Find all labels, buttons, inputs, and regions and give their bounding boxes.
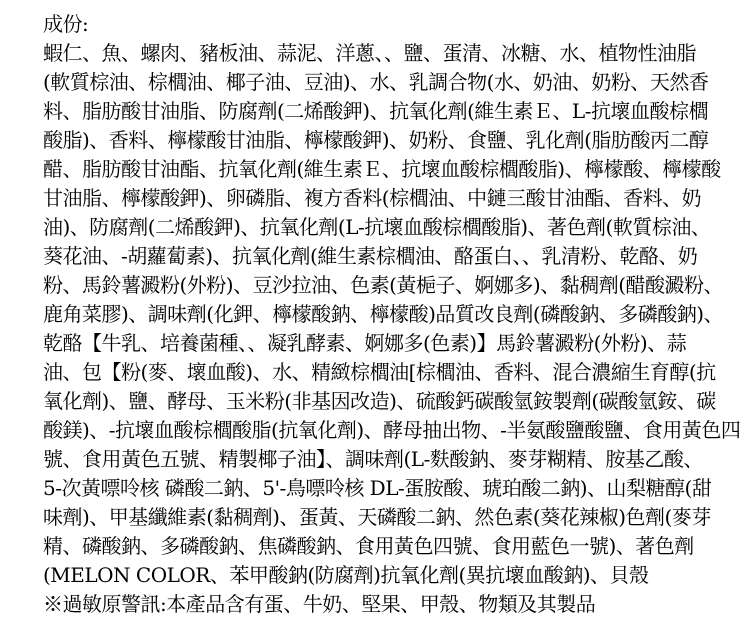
ingredients-line: (MELON COLOR、苯甲酸鈉(防腐劑)抗氧化劑(異抗壞血酸鈉)、貝殼 xyxy=(43,561,743,590)
ingredients-line: (軟質棕油、棕櫚油、椰子油、豆油)、水、乳調合物(水、奶油、奶粉、天然香 xyxy=(43,68,743,97)
ingredients-line: 味劑)、甲基纖維素(黏稠劑)、蛋黃、天磷酸二鈉、然色素(葵花辣椒)色劑(麥芽 xyxy=(43,503,743,532)
ingredients-line: 精、磷酸鈉、多磷酸鈉、焦磷酸鈉、食用黃色四號、食用藍色一號)、著色劑 xyxy=(43,532,743,561)
ingredients-line: 油)、防腐劑(二烯酸鉀)、抗氧化劑(L-抗壞血酸棕櫚酸脂)、著色劑(軟質棕油、 xyxy=(43,213,743,242)
allergen-warning: ※過敏原警訊:本產品含有蛋、牛奶、堅果、甲殼、物類及其製品 xyxy=(43,590,743,619)
ingredients-line: 蝦仁、魚、螺肉、豬板油、蒜泥、洋蔥、、鹽、蛋清、冰糖、水、植物性油脂 xyxy=(43,39,743,68)
ingredients-document: 成份: 蝦仁、魚、螺肉、豬板油、蒜泥、洋蔥、、鹽、蛋清、冰糖、水、植物性油脂 (… xyxy=(43,10,743,619)
ingredients-line: 乾酪【牛乳、培養菌種、、凝乳酵素、婀娜多(色素)】馬鈴薯澱粉(外粉)、蒜 xyxy=(43,329,743,358)
ingredients-line: 油、包【粉(麥、壞血酸)、水、精緻棕櫚油[棕櫚油、香料、混合濃縮生育醇(抗 xyxy=(43,358,743,387)
ingredients-line: 號、食用黃色五號、精製椰子油】、調味劑(L-麩酸鈉、麥芽糊精、胺基乙酸、 xyxy=(43,445,743,474)
ingredients-line: 5-次黃嘌呤核 磷酸二鈉、5'-鳥嘌呤核 DL-蛋胺酸、琥珀酸二鈉)、山梨糖醇(… xyxy=(43,474,743,503)
ingredients-line: 醋、脂肪酸甘油酯、抗氧化劑(維生素Ｅ、抗壞血酸棕櫚酸脂)、檸檬酸、檸檬酸 xyxy=(43,155,743,184)
ingredients-line: 氧化劑)、鹽、酵母、玉米粉(非基因改造)、硫酸鈣碳酸氫銨製劑(碳酸氫銨、碳 xyxy=(43,387,743,416)
ingredients-line: 鹿角菜膠)、調味劑(化鉀、檸檬酸鈉、檸檬酸)品質改良劑(磷酸鈉、多磷酸鈉)、 xyxy=(43,300,743,329)
ingredients-line: 酸鎂)、-抗壞血酸棕櫚酸脂(抗氧化劑)、酵母抽出物、-半氨酸鹽酸鹽、食用黃色四 xyxy=(43,416,743,445)
ingredients-line: 料、脂肪酸甘油脂、防腐劑(二烯酸鉀)、抗氧化劑(維生素Ｅ、L-抗壞血酸棕櫚 xyxy=(43,97,743,126)
ingredients-line: 粉、馬鈴薯澱粉(外粉)、豆沙拉油、色素(黃梔子、婀娜多)、黏稠劑(醋酸澱粉、 xyxy=(43,271,743,300)
ingredients-heading: 成份: xyxy=(43,10,743,39)
ingredients-line: 葵花油、-胡蘿蔔素)、抗氧化劑(維生素棕櫚油、酪蛋白、、乳清粉、乾酪、奶 xyxy=(43,242,743,271)
ingredients-line: 甘油脂、檸檬酸鉀)、卵磷脂、複方香料(棕櫚油、中鏈三酸甘油酯、香料、奶 xyxy=(43,184,743,213)
ingredients-line: 酸脂)、香料、檸檬酸甘油脂、檸檬酸鉀)、奶粉、食鹽、乳化劑(脂肪酸丙二醇 xyxy=(43,126,743,155)
